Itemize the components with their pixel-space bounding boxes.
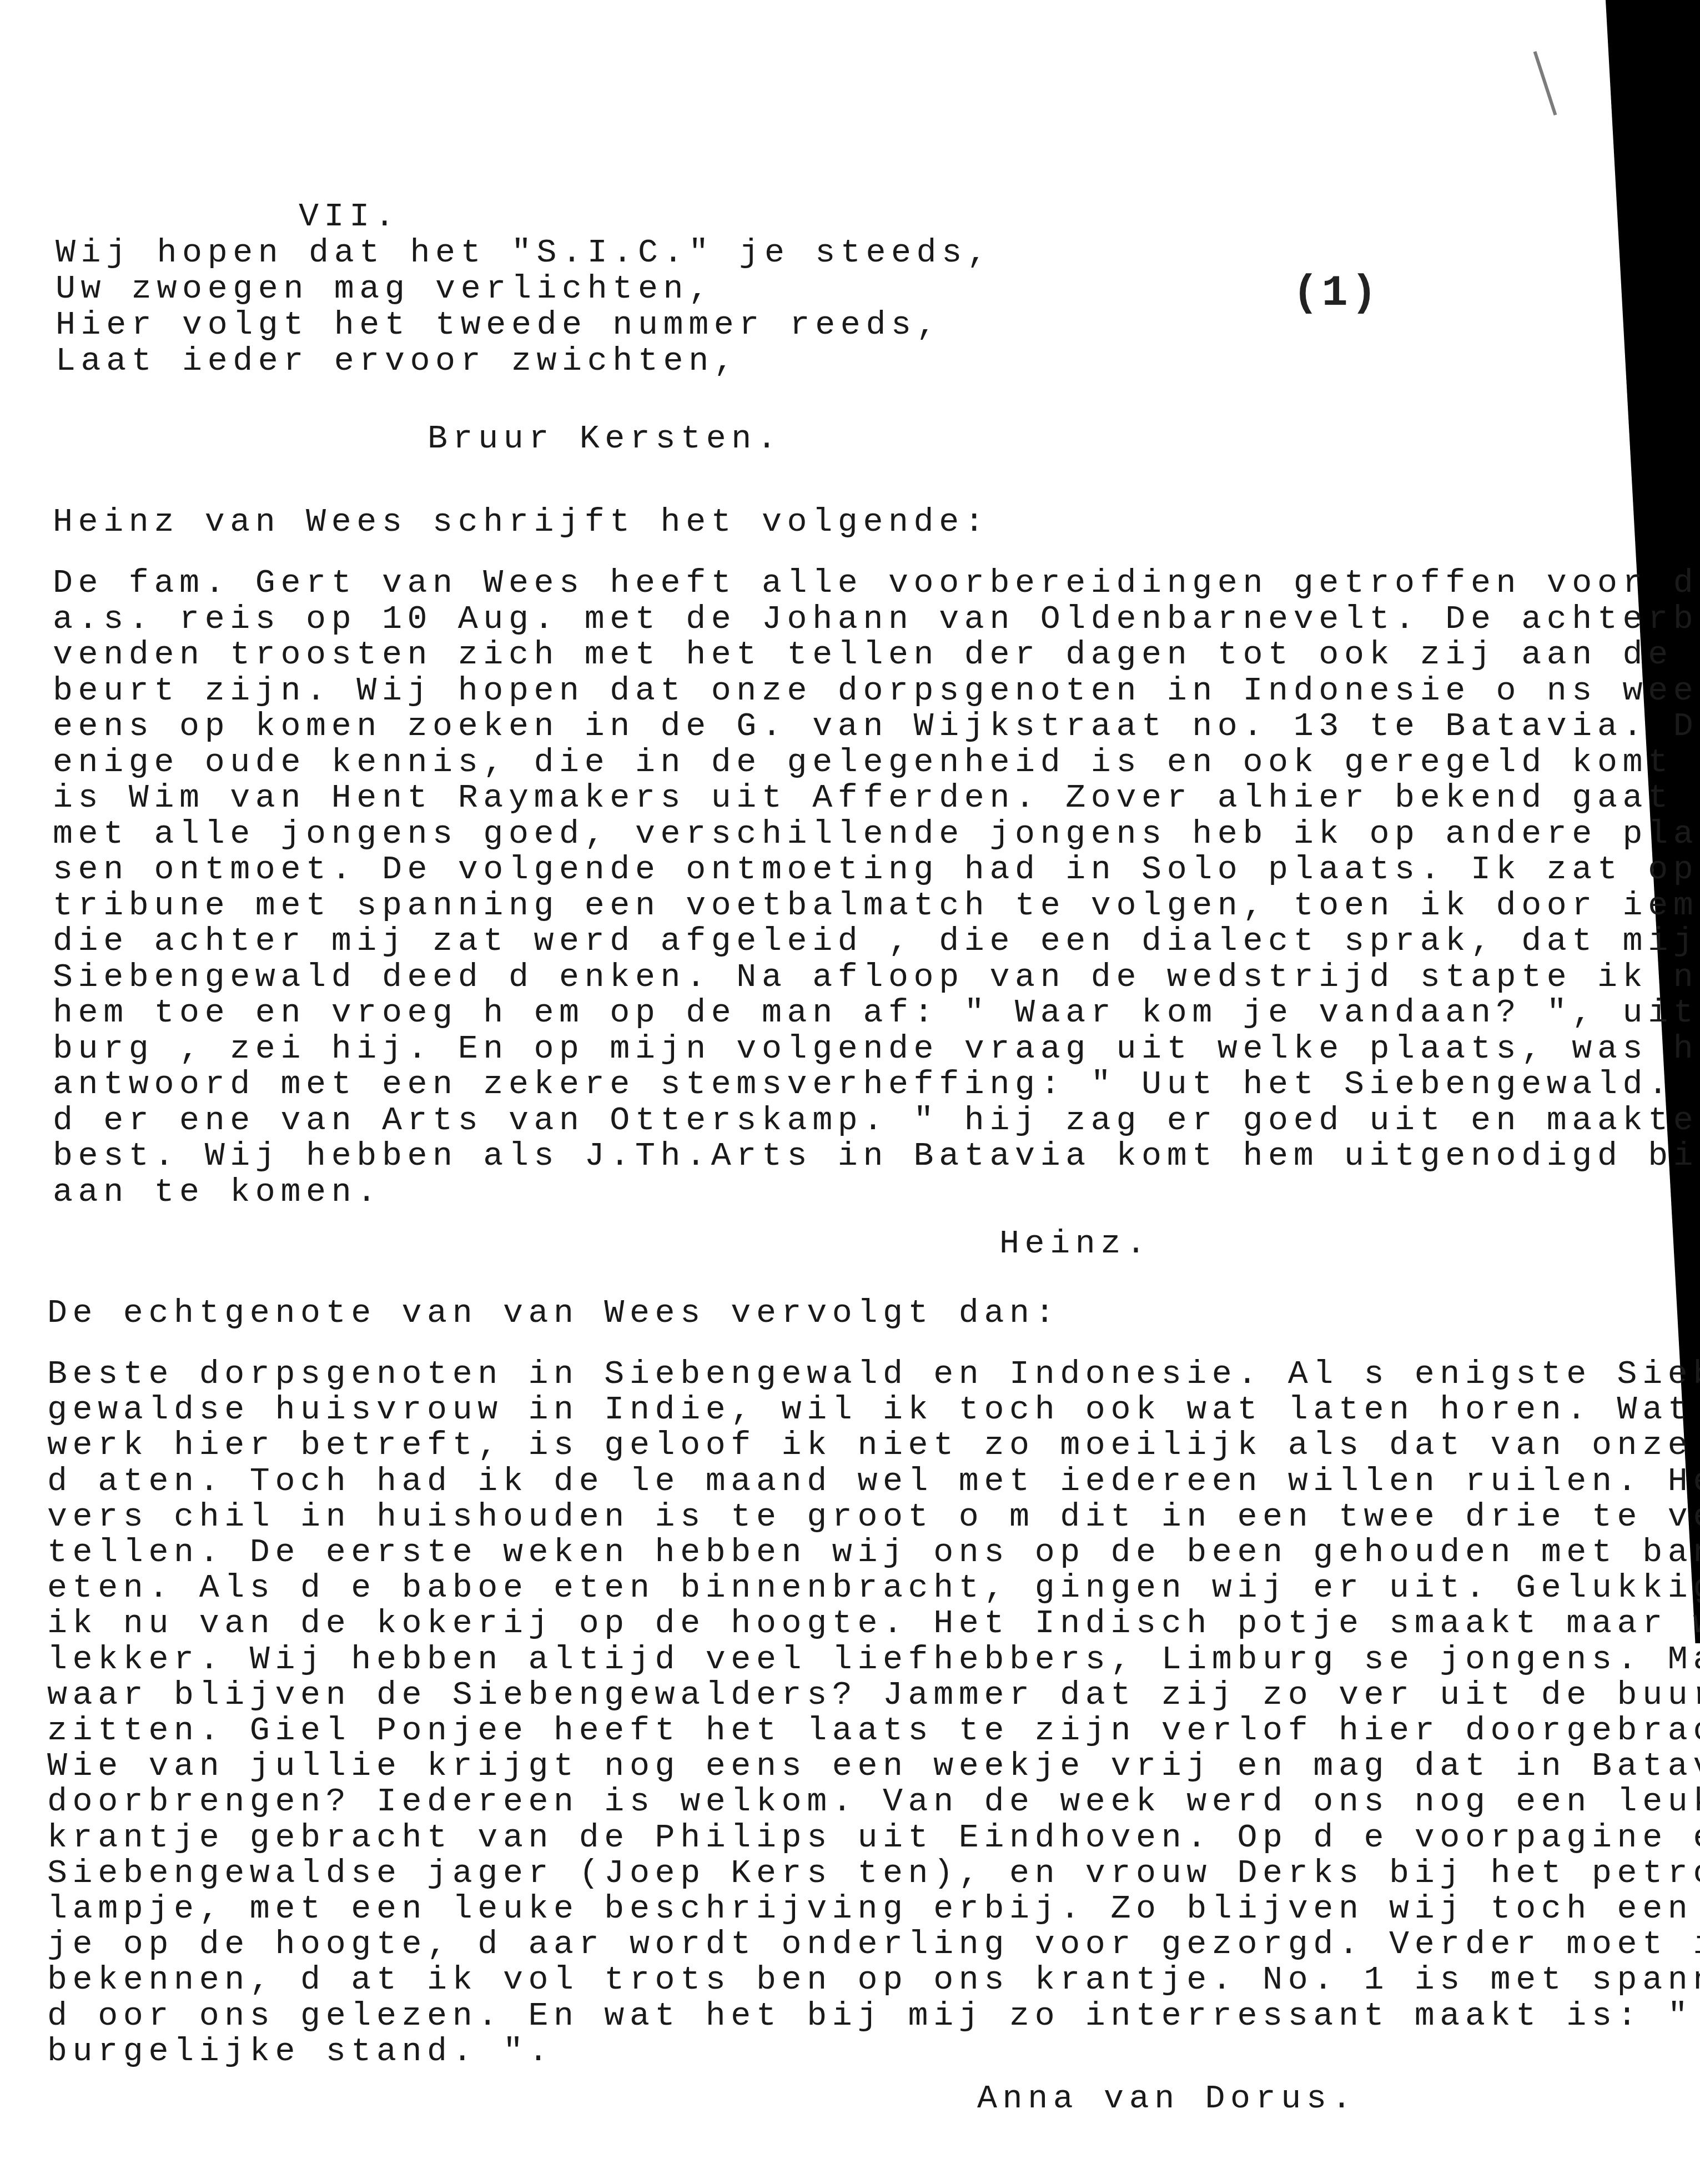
text-line: beurt zijn. Wij hopen dat onze dorpsgeno… bbox=[53, 674, 1700, 708]
text-line: sen ontmoet. De volgende ontmoeting had … bbox=[53, 853, 1700, 887]
text-line: eten. Als d e baboe eten binnenbracht, g… bbox=[47, 1571, 1700, 1606]
text-line: krantje gebracht van de Philips uit Eind… bbox=[47, 1821, 1700, 1855]
poem-signature: Bruur Kersten. bbox=[427, 422, 782, 456]
section-intro: De echtgenote van van Wees vervolgt dan: bbox=[47, 1296, 1060, 1331]
page-number-mark: (1) bbox=[1292, 269, 1380, 318]
text-line: d er ene van Arts van Otterskamp. " hij … bbox=[53, 1104, 1700, 1138]
section-signature: Heinz. bbox=[999, 1227, 1151, 1261]
text-line: lekker. Wij hebben altijd veel liefhebbe… bbox=[47, 1643, 1700, 1677]
poem-line: Uw zwoegen mag verlichten, bbox=[56, 272, 714, 306]
text-line: werk hier betreft, is geloof ik niet zo … bbox=[47, 1428, 1700, 1463]
text-line: Siebengewaldse jager (Joep Kers ten), en… bbox=[47, 1856, 1700, 1891]
text-line: zitten. Giel Ponjee heeft het laats te z… bbox=[47, 1714, 1700, 1748]
poem-line: Wij hopen dat het "S.I.C." je steeds, bbox=[56, 236, 992, 270]
text-line: Beste dorpsgenoten in Siebengewald en In… bbox=[47, 1357, 1700, 1392]
text-line: ik nu van de kokerij op de hoogte. Het I… bbox=[47, 1607, 1700, 1641]
text-line: die achter mij zat werd afgeleid , die e… bbox=[53, 924, 1700, 959]
text-line: Siebengewald deed d enken. Na afloop van… bbox=[53, 960, 1700, 995]
text-line: antwoord met een zekere stemsverheffing:… bbox=[53, 1068, 1700, 1102]
text-line: best. Wij hebben als J.Th.Arts in Batavi… bbox=[53, 1139, 1700, 1174]
scan-artifact bbox=[1533, 51, 1557, 115]
poem-line: Laat ieder ervoor zwichten, bbox=[56, 344, 739, 379]
text-line: d oor ons gelezen. En wat het bij mij zo… bbox=[47, 1999, 1700, 2034]
text-line: burg , zei hij. En op mijn volgende vraa… bbox=[53, 1032, 1700, 1066]
text-line: gewaldse huisvrouw in Indie, wil ik toch… bbox=[47, 1393, 1700, 1427]
text-line: De fam. Gert van Wees heeft alle voorber… bbox=[53, 566, 1700, 601]
text-line: waar blijven de Siebengewalders? Jammer … bbox=[47, 1678, 1700, 1713]
text-line: lampje, met een leuke beschrijving erbij… bbox=[47, 1892, 1700, 1926]
text-line: Wie van jullie krijgt nog eens een weekj… bbox=[47, 1749, 1700, 1784]
text-line: eens op komen zoeken in de G. van Wijkst… bbox=[53, 709, 1700, 744]
poem-line: Hier volgt het tweede nummer reeds, bbox=[56, 308, 942, 343]
text-line: enige oude kennis, die in de gelegenheid… bbox=[53, 746, 1673, 780]
text-line: tellen. De eerste weken hebben wij ons o… bbox=[47, 1536, 1700, 1570]
text-line: je op de hoogte, d aar wordt onderling v… bbox=[47, 1928, 1700, 1962]
text-line: met alle jongens goed, verschillende jon… bbox=[53, 817, 1700, 852]
text-line: is Wim van Hent Raymakers uit Afferden. … bbox=[53, 781, 1700, 816]
text-line: bekennen, d at ik vol trots ben op ons k… bbox=[47, 1963, 1700, 1997]
section-intro: Heinz van Wees schrijft het volgende: bbox=[53, 505, 989, 540]
text-line: hem toe en vroeg h em op de man af: " Wa… bbox=[53, 996, 1700, 1030]
text-line: venden troosten zich met het tellen der … bbox=[53, 638, 1673, 672]
text-line: a.s. reis op 10 Aug. met de Johann van O… bbox=[53, 602, 1700, 637]
text-line: vers chil in huishouden is te groot o m … bbox=[47, 1500, 1700, 1534]
text-line: d aten. Toch had ik de le maand wel met … bbox=[47, 1465, 1700, 1499]
text-line: aan te komen. bbox=[53, 1175, 382, 1210]
text-line: doorbrengen? Iedereen is welkom. Van de … bbox=[47, 1785, 1700, 1819]
text-line: tribune met spanning een voetbalmatch te… bbox=[53, 889, 1700, 923]
section-signature: Anna van Dorus. bbox=[977, 2082, 1357, 2116]
text-line: burgelijke stand. ". bbox=[47, 2035, 554, 2069]
poem-number: VII. bbox=[299, 200, 400, 234]
